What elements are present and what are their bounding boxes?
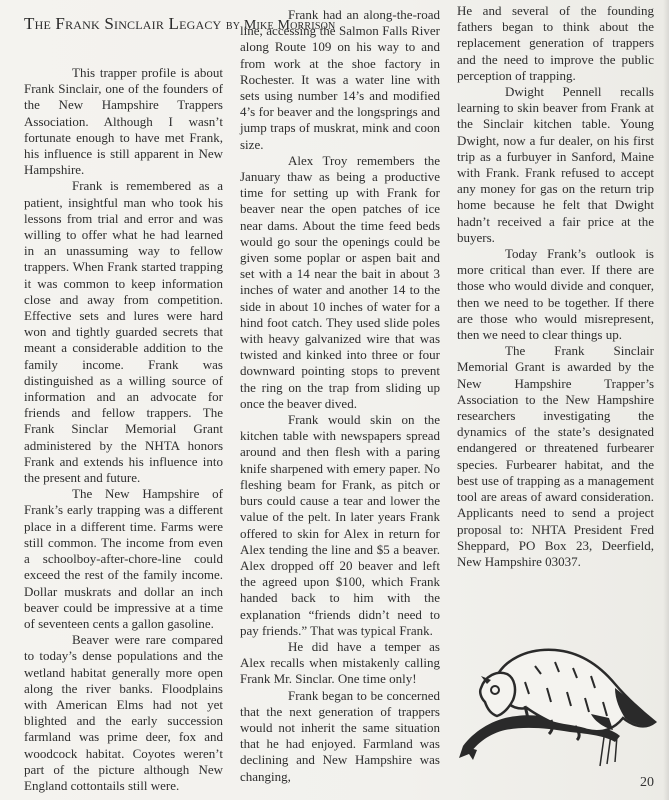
paragraph: Frank would skin on the kitchen table wi…	[240, 412, 440, 639]
page-edge-shadow	[663, 0, 669, 800]
text-column-1: This trapper profile is about Frank Sinc…	[24, 65, 223, 794]
paragraph: Alex Troy remembers the January thaw as …	[240, 153, 440, 412]
magazine-page: The Frank Sinclair Legacy by Mike Morris…	[0, 0, 669, 800]
paragraph: The New Hampshire of Frank’s early trapp…	[24, 486, 223, 632]
paragraph: Beaver were rare compared to today’s den…	[24, 632, 223, 794]
paragraph: He did have a temper as Alex recalls whe…	[240, 639, 440, 688]
paragraph: Frank had an along-the-road line, access…	[240, 7, 440, 153]
paragraph: This trapper profile is about Frank Sinc…	[24, 65, 223, 178]
paragraph: Dwight Pennell recalls learning to skin …	[457, 84, 654, 246]
paragraph-continued: He and several of the founding fathers b…	[457, 3, 654, 84]
page-number: 20	[640, 775, 654, 791]
paragraph: Frank began to be concerned that the nex…	[240, 688, 440, 785]
paragraph: Frank is remembered as a patient, insigh…	[24, 178, 223, 486]
paragraph: The Frank Sinclair Memorial Grant is awa…	[457, 343, 654, 570]
paragraph: Today Frank’s outlook is more critical t…	[457, 246, 654, 343]
article-title: The Frank Sinclair Legacy	[24, 14, 221, 33]
text-column-2: Frank had an along-the-road line, access…	[240, 7, 440, 785]
raccoon-icon	[455, 618, 665, 768]
raccoon-illustration	[455, 618, 665, 768]
text-column-3: He and several of the founding fathers b…	[457, 3, 654, 570]
